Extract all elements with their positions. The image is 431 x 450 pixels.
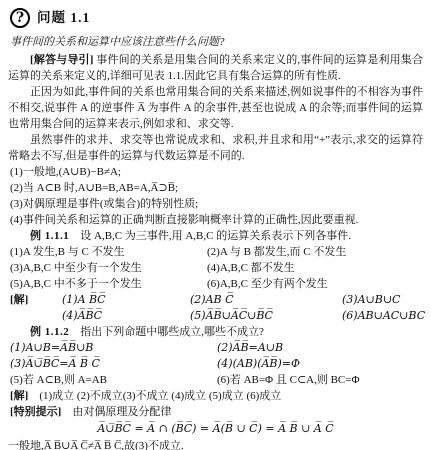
guide-paragraph-1: [解答与导引] 事件间的关系是用集合间的关系来定义的,事件间的运算是利用集合运算… <box>8 52 423 84</box>
example1-item-2: (2)A 与 B 都发生,而 C 不发生 <box>207 244 423 260</box>
example1-answer-3: (3)A∪B∪C <box>342 292 423 308</box>
example2-answer: (1)成立 (2)不成立(3)不成立 (4)成立 (5)成立 (6)成立 <box>39 390 281 402</box>
example2-item-4: (4)(AB)(A̅B̅)=Φ <box>217 356 423 372</box>
question-text: 事件间的关系和运算中应该注意些什么问题? <box>10 34 423 50</box>
key-point-3: (3)对偶原理是事件(或集合)的特别性质; <box>10 196 423 212</box>
derivation-formula: A̅∪̅B̅C̅ = A̅ ∩ (B̅C̅) = A̅(B̅ ∪ C̅) = A… <box>8 421 423 437</box>
key-point-2: (2)当 A⊂B 时,A∪B=B,AB=A,A̅⊃B̅; <box>10 180 423 196</box>
guide-paragraph-2: 正因为如此,事件间的关系也常用集合间的关系来描述,例如说事件的不相容为事件不相交… <box>8 84 423 132</box>
example1-items-row-1: (1)A 发生,B 与 C 不发生 (2)A 与 B 都发生,而 C 不发生 <box>10 244 423 260</box>
example2-statement: 指出下列命题中哪些成立,哪些不成立? <box>80 326 264 338</box>
example1-heading: 例 1.1.1 设 A,B,C 为三事件,用 A,B,C 的运算关系表示下列各事… <box>8 228 423 244</box>
question-mark-icon: ? <box>10 8 30 28</box>
example2-label: 例 1.1.2 <box>30 326 69 338</box>
example1-answer-2: (2)AB C̅ <box>190 292 342 308</box>
example1-item-5: (5)A,B,C 中不多于一个发生 <box>10 276 207 292</box>
example1-statement: 设 A,B,C 为三事件,用 A,B,C 的运算关系表示下列各事件. <box>80 230 351 242</box>
key-point-1: (1)一般地,(A∪B)−B≠A; <box>10 164 423 180</box>
example1-answers-row-1: [解] (1)A B̅C̅ (2)AB C̅ (3)A∪B∪C <box>10 292 423 308</box>
example1-item-6: (6)A,B,C 至少有两个发生 <box>207 276 423 292</box>
textbook-page: ? 问题 1.1 事件间的关系和运算中应该注意些什么问题? [解答与导引] 事件… <box>0 0 431 450</box>
example1-label: 例 1.1.1 <box>30 230 69 242</box>
key-points-list: (1)一般地,(A∪B)−B≠A; (2)当 A⊂B 时,A∪B=B,AB=A,… <box>8 164 423 228</box>
key-point-4: (4)事件间关系和运算的正确判断直接影响概率计算的正确性,因此要重视. <box>10 212 423 228</box>
example2-item-6: (6)若 AB=Φ 且 C⊂A,则 BC=Φ <box>217 372 423 388</box>
special-tip-label: [特别提示] <box>10 406 61 418</box>
example1-answers-row-2: (4)A̅B̅C̅ (5)A̅B̅∪A̅C̅∪B̅C̅ (6)AB∪AC∪BC <box>10 308 423 324</box>
special-tip-text: 由对偶原理及分配律 <box>72 406 171 418</box>
example1-item-1: (1)A 发生,B 与 C 不发生 <box>10 244 207 260</box>
example2-heading: 例 1.1.2 指出下列命题中哪些成立,哪些不成立? <box>8 324 423 340</box>
example1-item-3: (3)A,B,C 中至少有一个发生 <box>10 260 207 276</box>
example2-items-row-2: (3)A̅∪̅B̅C̅=A̅ B̅ C̅ (4)(AB)(A̅B̅)=Φ <box>10 356 423 372</box>
guide-paragraph-3: 虽然事件的求并、求交等也常说成求和、求积,并且求和用“+”表示,求交的运算符常略… <box>8 132 423 164</box>
example2-item-2: (2)A̅B̅=A∪B <box>217 340 423 356</box>
example2-solution-line: [解] (1)成立 (2)不成立(3)不成立 (4)成立 (5)成立 (6)成立 <box>10 388 423 404</box>
example1-items-row-2: (3)A,B,C 中至少有一个发生 (4)A,B,C 都不发生 <box>10 260 423 276</box>
example2-item-3: (3)A̅∪̅B̅C̅=A̅ B̅ C̅ <box>10 356 217 372</box>
example1-answer-1: (1)A B̅C̅ <box>62 292 190 308</box>
example2-solution-label: [解] <box>10 390 28 402</box>
example1-solution-label: [解] <box>10 292 62 308</box>
example2-items-row-3: (5)若 A⊂B,则 A=AB (6)若 AB=Φ 且 C⊂A,则 BC=Φ <box>10 372 423 388</box>
example2-items-row-1: (1)A∪B=A̅B̅∪B (2)A̅B̅=A∪B <box>10 340 423 356</box>
example1-answer-4: (4)A̅B̅C̅ <box>62 308 190 324</box>
example1-answer-5: (5)A̅B̅∪A̅C̅∪B̅C̅ <box>190 308 342 324</box>
example2-item-1: (1)A∪B=A̅B̅∪B <box>10 340 217 356</box>
example1-items-row-3: (5)A,B,C 中不多于一个发生 (6)A,B,C 至少有两个发生 <box>10 276 423 292</box>
guide-label: [解答与导引] <box>30 54 93 66</box>
example2-item-5: (5)若 A⊂B,则 A=AB <box>10 372 217 388</box>
section-header: ? 问题 1.1 <box>10 6 423 30</box>
example1-answer-6: (6)AB∪AC∪BC <box>342 308 425 324</box>
answers-indent-spacer <box>10 308 62 324</box>
example1-item-4: (4)A,B,C 都不发生 <box>207 260 423 276</box>
special-tip-line: [特别提示] 由对偶原理及分配律 <box>10 404 423 420</box>
conclusion-line: 一般地,A̅ B̅∪A̅ C̅≠A̅ B̅ C̅,故(3)不成立. <box>8 438 423 450</box>
page-title: 问题 1.1 <box>37 10 90 26</box>
